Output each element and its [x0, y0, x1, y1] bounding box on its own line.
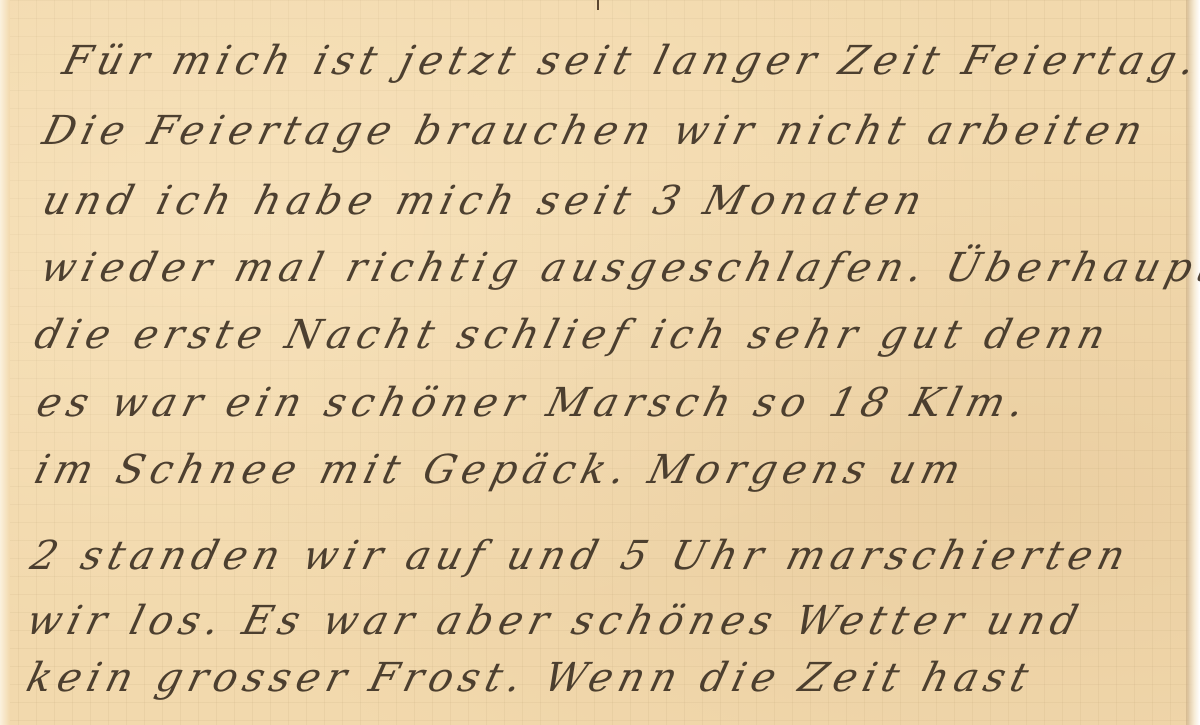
handwritten-line-7: im Schnee mit Gepäck. Morgens um	[30, 447, 971, 493]
handwritten-line-10: kein grosser Frost. Wenn die Zeit hast	[22, 655, 1039, 701]
paper-right-edge	[1186, 0, 1200, 725]
handwritten-line-5: die erste Nacht schlief ich sehr gut den…	[30, 312, 1116, 358]
handwritten-line-9: wir los. Es war aber schönes Wetter und	[22, 598, 1088, 644]
handwritten-line-8: 2 standen wir auf und 5 Uhr marschierten	[26, 533, 1136, 579]
paper-left-edge	[0, 0, 10, 725]
paper-fold-mark	[597, 0, 599, 10]
letter-page: Für mich ist jetzt seit langer Zeit Feie…	[0, 0, 1200, 725]
handwritten-line-4: wieder mal richtig ausgeschlafen. Überha…	[36, 245, 1200, 291]
handwritten-line-1: Für mich ist jetzt seit langer Zeit Feie…	[58, 38, 1200, 84]
handwritten-line-3: und ich habe mich seit 3 Monaten	[38, 178, 932, 224]
handwritten-line-6: es war ein schöner Marsch so 18 Klm.	[32, 380, 1035, 426]
handwritten-line-2: Die Feiertage brauchen wir nicht arbeite…	[38, 108, 1153, 154]
